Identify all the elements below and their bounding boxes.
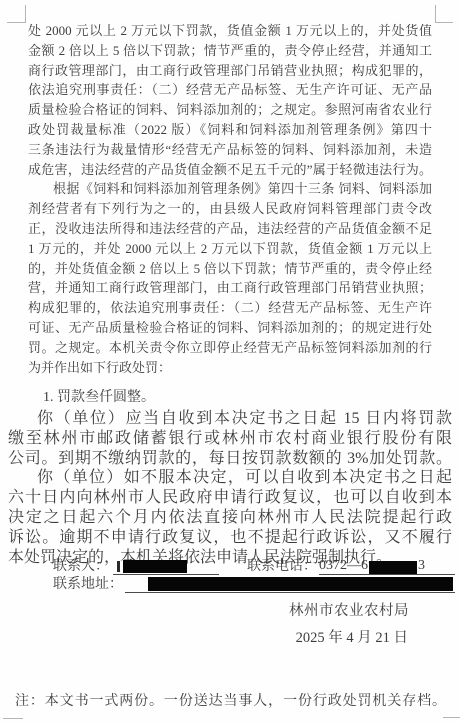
body-line: 成危害，违法经营的产品货值金额不足五千元的”属于轻微违法行为。: [28, 160, 432, 180]
corner-mark-bottom-right-icon: [443, 717, 460, 718]
phone-number-suffix: 3: [418, 558, 425, 574]
phone-number-prefix: 0372—6: [319, 558, 368, 574]
penalty-decision-document-page: 处 2000 元以上 2 万元以下罚款，货值金额 1 万元以上的，并处货值 金额…: [0, 0, 460, 722]
body-line: 公司。到期不缴纳罚款的，每日按罚款数额的 3%加处罚款。: [8, 449, 452, 469]
payment-and-appeal-paragraphs: 你（单位）应当自收到本决定书之日起 15 日内将罚款 缴至林州市邮政储蓄银行或林…: [8, 409, 452, 567]
contact-phone-field: 0372—6 3: [319, 558, 455, 575]
contact-person-label: 联系人：: [53, 558, 109, 575]
decision-date: 2025 年 4 月 21 日: [296, 626, 408, 647]
legal-basis-paragraphs: 处 2000 元以上 2 万元以下罚款，货值金额 1 万元以上的，并处货值 金额…: [28, 21, 432, 377]
penalty-item-line: 1. 罚款叁仟圆整。: [28, 388, 432, 408]
body-line: 1 万元的，并处 2000 元以上 2 万元以下罚款，货值金额 1 万元以上: [28, 239, 432, 259]
corner-mark-top-right-icon: [435, 5, 453, 23]
body-line: 你（单位）如不服本决定，可以自收到本决定书之日起: [8, 468, 452, 488]
redacted-text-remnant: [117, 561, 120, 572]
body-line: 决定之日起六个月内依法直接向林州市人民法院提起行政: [8, 508, 452, 528]
body-line: 正，没收违法所得和违法经营的产品，违法经营的产品货值金额不足: [28, 219, 432, 239]
redaction-bar-person: [123, 560, 187, 573]
contact-address-row: 联系地址：: [53, 575, 455, 594]
body-line: 的，并处货值金额 2 倍以上 5 倍以下罚款；情节严重的，责令停止经: [28, 259, 432, 279]
body-line: 缴至林州市邮政储蓄银行或林州市农村商业银行股份有限: [8, 429, 452, 449]
body-line: 商行政管理部门，由工商行政管理部门吊销营业执照；构成犯罪的，: [28, 61, 432, 81]
issuing-agency-signature: 林州市农业农村局: [289, 599, 409, 620]
contact-person-field: [113, 558, 219, 575]
corner-mark-top-left-icon: [7, 5, 26, 23]
body-line: 为并作出如下行政处罚：: [28, 358, 432, 378]
body-line: 罚。之规定。本机关责令你立即停止经营无产品标签饲料添加剂的行: [28, 338, 432, 358]
contact-address-field: [125, 576, 455, 593]
body-line: 可证、无产品质量检验合格证的饲料、饲料添加剂的；的规定进行处: [28, 318, 432, 338]
body-line: 三条违法行为裁量情形“经营无产品标签的饲料、饲料添加剂，未造: [28, 140, 432, 160]
contact-phone-label: 联系电话：: [247, 558, 317, 575]
redaction-bar-address: [148, 577, 453, 591]
body-line: 构成犯罪的，依法追究刑事责任：（二）经营无产品标签、无生产许: [28, 298, 432, 318]
body-line: 你（单位）应当自收到本决定书之日起 15 日内将罚款: [8, 409, 452, 429]
body-line: 营，并通知工商行政管理部门，由工商行政管理部门吊销营业执照；: [28, 278, 432, 298]
body-line: 六十日内向林州市人民政府申请行政复议，也可以自收到本: [8, 488, 452, 508]
body-line: 诉讼。逾期不申请行政复议，也不提起行政诉讼，又不履行: [8, 528, 452, 548]
body-line: 政处罚裁量标准（2022 版）《饲料和饲料添加剂管理条例》第四十: [28, 120, 432, 140]
contact-address-label: 联系地址：: [53, 576, 123, 593]
redaction-bar-phone: [369, 561, 417, 574]
body-line: 金额 2 倍以上 5 倍以下罚款；情节严重的，责令停止经营，并通知工: [28, 41, 432, 61]
body-line: 剂经营者有下列行为之一的，由县级人民政府饲料管理部门责令改: [28, 199, 432, 219]
body-line: 处 2000 元以上 2 万元以下罚款，货值金额 1 万元以上的，并处货值: [28, 21, 432, 41]
contact-block: 联系人： 联系电话： 0372—6 3 联系地址：: [53, 556, 455, 593]
footer-note: 注：本文书一式两份。一份送达当事人，一份行政处罚机关存档。: [15, 693, 446, 711]
body-line: 质量检验合格证的饲料、饲料添加剂的；之规定。参照河南省农业行: [28, 100, 432, 120]
body-line: 根据《饲料和饲料添加剂管理条例》第四十三条 饲料、饲料添加: [28, 179, 432, 199]
contact-person-row: 联系人： 联系电话： 0372—6 3: [53, 556, 455, 575]
body-line: 依法追究刑事责任：（二）经营无产品标签、无生产许可证、无产品: [28, 80, 432, 100]
corner-mark-bottom-left-icon: [3, 718, 23, 719]
